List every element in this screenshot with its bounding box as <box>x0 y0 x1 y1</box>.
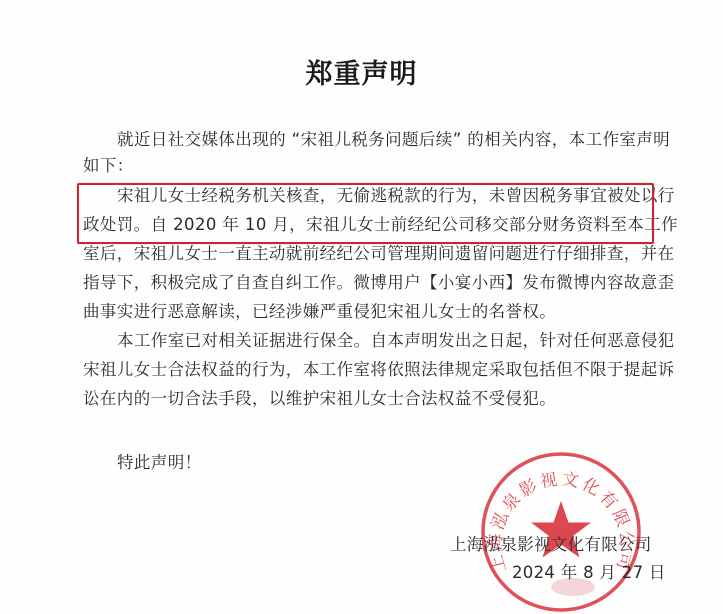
paragraph-3-line-2: 宋祖儿女士合法权益的行为，本工作室将依照法律规定采取包括但不限于提起诉 <box>83 360 675 380</box>
signature-company: 上海泓泉影视文化有限公司 <box>450 535 652 555</box>
paragraph-1-line-2: 如下： <box>83 156 134 176</box>
paragraph-2-line-4: 指导下，积极完成了自查自纠工作。微博用户【小宴小西】发布微博内容故意歪 <box>83 273 675 293</box>
paragraph-2-line-2: 政处罚。自 2020 年 10 月，宋祖儿女士前经纪公司移交部分财务资料至本工作 <box>83 215 678 235</box>
paragraph-2-line-5: 曲事实进行恶意解读，已经涉嫌严重侵犯宋祖儿女士的名誉权。 <box>83 302 556 322</box>
paragraph-3-line-3: 讼在内的一切合法手段，以维护宋祖儿女士合法权益不受侵犯。 <box>83 389 556 409</box>
paragraph-1-line-1: 就近日社交媒体出现的 “宋祖儿税务问题后续” 的相关内容，本工作室声明 <box>117 130 670 150</box>
statement-document: 郑重声明 就近日社交媒体出现的 “宋祖儿税务问题后续” 的相关内容，本工作室声明… <box>0 0 723 614</box>
closing-statement: 特此声明！ <box>117 453 202 473</box>
document-title: 郑重声明 <box>0 52 723 91</box>
company-seal-stamp: 上海泓泉影视文化有限公司 <box>478 449 644 614</box>
paragraph-2-line-3: 室后，宋祖儿女士一直主动就前经纪公司管理期间遗留问题进行仔细排查，并在 <box>83 244 675 264</box>
paragraph-3-line-1: 本工作室已对相关证据进行保全。自本声明发出之日起，针对任何恶意侵犯 <box>117 331 675 351</box>
paragraph-2-line-1: 宋祖儿女士经税务机关核查，无偷逃税款的行为，未曾因税务事宜被处以行 <box>117 186 675 206</box>
signature-date: 2024 年 8 月 27 日 <box>512 563 666 583</box>
